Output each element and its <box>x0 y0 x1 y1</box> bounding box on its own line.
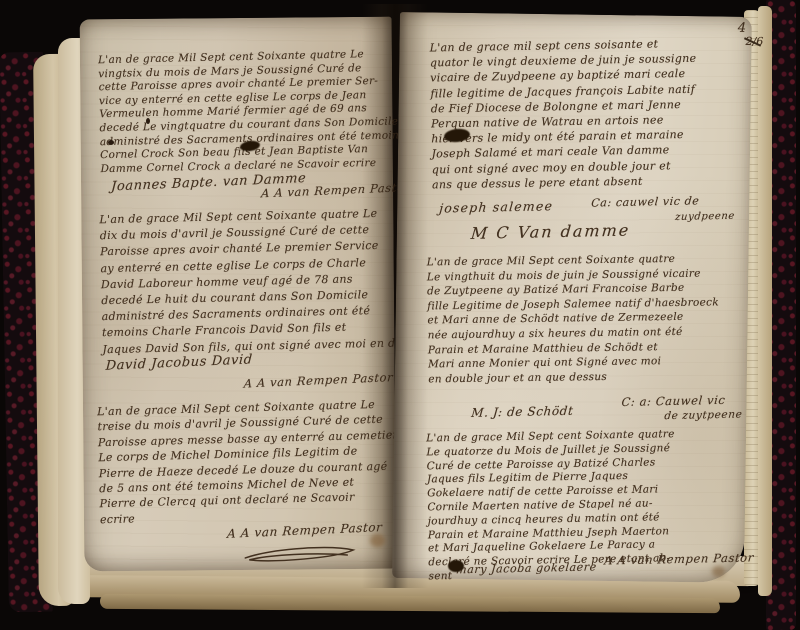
burial-entry-michel-dominice: L'an de grace Mil Sept cent Soixante qua… <box>97 396 407 527</box>
paper-speck <box>108 140 114 145</box>
baptism-entry-mari-ceale-labite: L'an de grace mil sept cens soisante etq… <box>430 36 699 193</box>
signature-vicaire-cauwel: Ca: cauwel vic de <box>591 194 700 209</box>
ink-blot <box>448 560 464 572</box>
manuscript-photo: L'an de grace Mil Sept cent Soixante qua… <box>0 0 800 630</box>
signature-pastor: A A van Rempen Pastor <box>243 370 393 391</box>
baptism-entry-mari-francoise-barbe: L'an de grace Mil Sept cent Soixante qua… <box>427 251 721 386</box>
signature-vicaire-cauwel-place: zuydpeene <box>675 211 736 223</box>
page-edge-stack-bottom <box>100 594 720 613</box>
signature-flourish <box>239 543 359 568</box>
page-number: 4 <box>738 21 746 36</box>
signature-mc-van-damme: M C Van damme <box>470 220 631 242</box>
signature-vicaire-cauwel: C: a: Cauwel vic <box>621 393 726 409</box>
signature-vicaire-cauwel-place: de zuytpeene <box>664 408 743 422</box>
signature-joseph-salemee: joseph salemee <box>439 198 554 215</box>
burial-entry-charle-david: L'an de grace Mil Sept cent Soixante qua… <box>99 205 428 358</box>
burial-entry-jean-vermeulen: L'an de grace Mil Sept cent Soixante qua… <box>98 47 406 176</box>
signature-de-schodt: M. J: de Schödt <box>471 404 574 420</box>
page-edge-stack-right <box>758 6 772 596</box>
left-page: L'an de grace Mil Sept cent Soixante qua… <box>80 17 397 572</box>
manuscript-line: en double jour et an que dessus <box>428 368 720 387</box>
corner-mark: 2/6 <box>745 35 763 48</box>
paper-stain <box>370 534 385 547</box>
right-page: 4 2/6 L'an de grace mil sept cens soisan… <box>392 12 752 583</box>
signature-pastor: A A van Rempen Pastor <box>604 550 755 567</box>
paper-stain <box>712 566 725 577</box>
paper-speck <box>146 118 150 124</box>
